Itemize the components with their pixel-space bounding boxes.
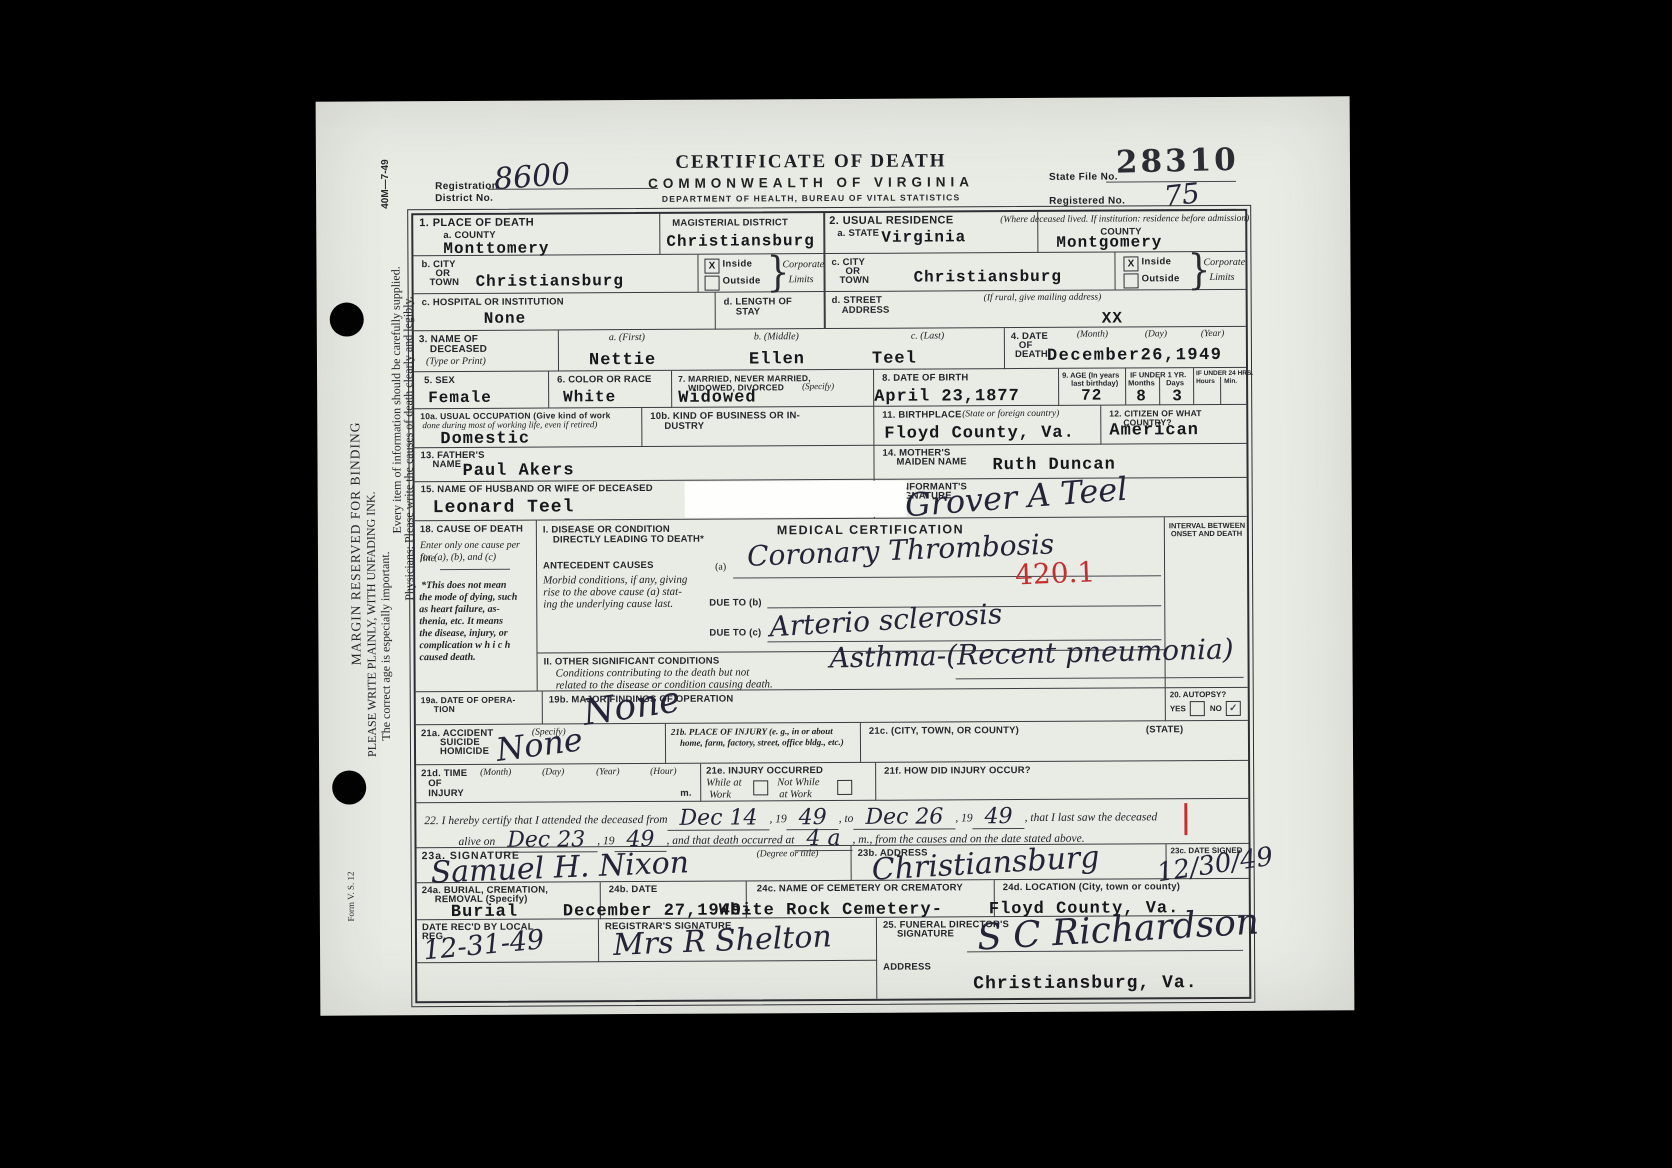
county-value: Monttomery: [443, 240, 549, 257]
cell-middle-name: b. (Middle) Ellen: [709, 329, 856, 371]
cell-name-label: 3. NAME OF DECEASED (Type or Print): [414, 330, 559, 372]
cell-medical-certification: I. DISEASE OR CONDITION DIRECTLY LEADING…: [537, 517, 1166, 690]
while-at-label2: Work: [709, 789, 731, 802]
father-label2: NAME: [432, 459, 461, 470]
cause-note-2: for (a), (b), and (c): [420, 551, 532, 565]
occupation-value: Domestic: [440, 431, 530, 448]
cell-race: 6. COLOR OR RACE White: [549, 371, 672, 409]
margin-form-number: Form V. S. 12: [346, 872, 356, 922]
residence-limits-label: Limits: [1210, 272, 1235, 285]
cell-physician-address: 23b. ADDRESS Christiansburg: [852, 844, 1167, 881]
interval-label2: ONSET AND DEATH: [1171, 529, 1242, 538]
certificate-subtitle: COMMONWEALTH OF VIRGINIA: [616, 174, 1006, 191]
dod-month-label: (Month): [1077, 330, 1108, 342]
place-of-death-title: 1. PLACE OF DEATH: [419, 217, 534, 230]
dod-year-label: (Year): [1201, 329, 1224, 341]
funeral-director-sig-line: [967, 950, 1243, 952]
days-label: Days: [1166, 378, 1184, 387]
funeral-director-label2: SIGNATURE: [897, 928, 954, 940]
death-city-label3: TOWN: [430, 277, 460, 288]
magisterial-district-label: MAGISTERIAL DISTRICT: [672, 217, 788, 229]
cemetery-value: White Rock Cemetery-: [719, 901, 943, 919]
cell-hospital: c. HOSPITAL OR INSTITUTION None: [414, 293, 716, 332]
citizen-value: American: [1109, 422, 1199, 439]
sex-value: Female: [428, 390, 492, 406]
under-24hrs-label: IF UNDER 24 HRS.: [1196, 370, 1253, 378]
outside-label: Outside: [723, 276, 761, 287]
cell-residence-city: c. CITY OR TOWN Christiansburg: [823, 253, 1115, 293]
birthplace-value: Floyd County, Va.: [884, 425, 1075, 443]
while-at-work-checkbox: [753, 780, 768, 795]
certify-text-2: , 19: [769, 813, 786, 825]
min-label: Min.: [1224, 378, 1237, 386]
cell-injury-city: 21c. (CITY, TOWN, OR COUNTY) (STATE): [861, 721, 1248, 763]
disease-label2: DIRECTLY LEADING TO DEATH*: [553, 534, 704, 546]
age-value: 72: [1081, 388, 1102, 404]
certificate-department: DEPARTMENT OF HEALTH, BUREAU OF VITAL ST…: [616, 192, 1006, 204]
residence-inside-label: Inside: [1141, 257, 1171, 268]
months-days-divider: [1159, 377, 1160, 405]
limits-label: Limits: [789, 274, 814, 287]
autopsy-no-label: NO: [1210, 704, 1222, 714]
date-of-death-label3: DEATH: [1015, 349, 1048, 360]
operation-date-label2: TION: [434, 704, 455, 714]
cell-father: 13. FATHER'S NAME Paul Akers: [414, 446, 874, 482]
cell-autopsy: 20. AUTOPSY? YES NO ✓: [1166, 687, 1248, 721]
cell-under-1yr: IF UNDER 1 YR. Months Days 8 3: [1126, 368, 1194, 405]
cell-time-of-injury: 21d. TIME OF INJURY (Month) (Day) (Year)…: [416, 764, 701, 803]
hours-label: Hours: [1196, 378, 1215, 386]
first-name-value: Nettie: [589, 352, 656, 369]
certify-text-7: , 19: [597, 835, 614, 847]
autopsy-no-checkbox-checked: ✓: [1226, 701, 1241, 716]
street-address-value: XX: [1102, 310, 1123, 326]
margin-correct-age-note: The correct age is especially important.: [378, 551, 394, 740]
injury-m-label: m.: [680, 788, 692, 799]
certify-text-1: 22. I hereby certify that I attended the…: [424, 814, 667, 827]
cause-a-line: [733, 575, 1161, 578]
outside-checkbox: [705, 276, 720, 291]
cell-street-address: d. STREET ADDRESS (If rural, give mailin…: [824, 290, 1246, 329]
hospital-label: c. HOSPITAL OR INSTITUTION: [422, 296, 564, 308]
not-while-at-work-checkbox: [837, 780, 852, 795]
last-name-label: c. (Last): [911, 330, 944, 343]
birthplace-label: 11. BIRTHPLACE: [882, 409, 961, 421]
form-grid: 1. PLACE OF DEATH a. COUNTY Monttomery M…: [411, 209, 1251, 1003]
injury-city-label: 21c. (CITY, TOWN, OR COUNTY): [869, 725, 1019, 737]
certify-text-3: , to: [839, 813, 854, 825]
cell-informant: 17. INFORMANT'S SIGNATURE Grover A Teel: [875, 478, 1247, 519]
first-name-label: a. (First): [609, 332, 645, 345]
certify-text-4: , 19: [955, 812, 972, 824]
certify-text-5: , that I last saw the deceased: [1025, 811, 1158, 824]
registration-label-line2: District No.: [435, 193, 493, 204]
cell-age: 9. AGE (In years last birthday) 72: [1059, 368, 1126, 405]
birthplace-note: (State or foreign country): [962, 409, 1059, 421]
cause-a-label: (a): [715, 562, 726, 575]
funeral-director-address-value: Christiansburg, Va.: [973, 974, 1197, 993]
residence-state-label: a. STATE: [837, 228, 879, 239]
registration-label-line1: Registration: [435, 181, 498, 192]
registration-district-number: 8600: [493, 160, 571, 196]
death-city-value: Christiansburg: [476, 273, 625, 290]
date-of-death-value: December26,1949: [1047, 347, 1223, 365]
burial-date-label: 24b. DATE: [609, 884, 658, 895]
inside-label: Inside: [722, 259, 752, 270]
cause-note-9: caused death.: [419, 651, 533, 665]
hours-min-divider: [1220, 377, 1221, 405]
time-of-injury-label3: INJURY: [428, 788, 464, 799]
cell-date-received: DATE REC'D BY LOCAL REG. 12-31-49: [417, 919, 599, 963]
months-label: Months: [1128, 378, 1155, 387]
cell-registrar-signature: REGISTRAR'S SIGNATURE Mrs R Shelton: [599, 918, 877, 962]
due-to-c-label: DUE TO (c): [709, 627, 761, 638]
cell-how-injury-occurred: 21f. HOW DID INJURY OCCUR?: [876, 761, 1248, 801]
autopsy-label: 20. AUTOPSY?: [1170, 690, 1227, 700]
not-while-label2: at Work: [779, 788, 812, 801]
margin-binding-note: MARGIN RESERVED FOR BINDING: [347, 421, 364, 665]
days-value: 3: [1172, 388, 1183, 404]
middle-name-label: b. (Middle): [754, 331, 799, 344]
cell-death-city: b. CITY OR TOWN Christiansburg: [413, 255, 698, 294]
punch-hole-bottom: [332, 770, 366, 804]
cell-place-of-injury: 21b. PLACE OF INJURY (e. g., in or about…: [666, 723, 861, 764]
mother-label2: MAIDEN NAME: [896, 456, 966, 468]
injury-occurred-label: 21e. INJURY OCCURRED: [706, 765, 823, 777]
dob-value: April 23,1877: [874, 388, 1020, 406]
cause-of-death-label: 18. CAUSE OF DEATH: [420, 524, 523, 536]
industry-label2: DUSTRY: [664, 421, 704, 432]
cell-industry: 10b. KIND OF BUSINESS OR IN- DUSTRY: [642, 407, 874, 447]
accident-label3: HOMICIDE: [440, 746, 489, 757]
length-of-stay-label2: STAY: [736, 306, 761, 317]
burial-location-value: Floyd County, Va.: [989, 900, 1180, 918]
cell-cemetery: 24c. NAME OF CEMETERY OR CREMATORY White…: [747, 880, 995, 918]
residence-state-value: Virginia: [881, 229, 966, 245]
marital-specify: (Specify): [802, 381, 834, 392]
injury-day-label: (Day): [542, 767, 564, 779]
inside-checkbox-checked: X: [704, 259, 719, 274]
accident-value: None: [494, 723, 584, 766]
registered-no-label: Registered No.: [1049, 195, 1125, 206]
cause-note-divider: [440, 569, 510, 570]
injury-hour-label: (Hour): [650, 767, 676, 779]
cell-citizen: 12. CITIZEN OF WHAT COUNTRY? American: [1101, 405, 1246, 445]
funeral-director-address-label: ADDRESS: [883, 962, 931, 973]
cell-date-signed: 23c. DATE SIGNED 12/30/49: [1167, 844, 1249, 879]
cell-marital-status: 7. MARRIED, NEVER MARRIED, WIDOWED, DIVO…: [672, 370, 874, 408]
cell-length-of-stay: d. LENGTH OF STAY: [716, 292, 824, 330]
red-check-mark: [1184, 803, 1187, 835]
cell-bottom-left-blank: [417, 961, 877, 1001]
magisterial-district-value: Christiansburg: [666, 233, 815, 250]
scan-background: Form V. S. 12 MARGIN RESERVED FOR BINDIN…: [0, 0, 1672, 1168]
degree-or-title-note: (Degree or title): [757, 849, 819, 861]
cell-accident-suicide: 21a. ACCIDENT SUICIDE HOMICIDE (Specify)…: [416, 724, 666, 765]
burial-type-value: Burial: [451, 904, 518, 921]
cell-physician-signature: 23a. SIGNATURE (Degree or title) Samuel …: [417, 846, 852, 883]
street-address-label2: ADDRESS: [842, 305, 890, 316]
injury-year-label: (Year): [596, 767, 619, 779]
street-address-note: (If rural, give mailing address): [984, 293, 1102, 305]
usual-residence-title: 2. USUAL RESIDENCE: [829, 214, 953, 227]
residence-city-label3: TOWN: [840, 275, 870, 286]
residence-inside-checkbox-checked: X: [1123, 256, 1138, 271]
cell-certify-statement: 22. I hereby certify that I attended the…: [416, 799, 1248, 848]
residence-county-value: Montgomery: [1056, 234, 1162, 251]
cell-county-of-death: 1. PLACE OF DEATH a. COUNTY Monttomery: [413, 214, 660, 256]
due-to-b-label: DUE TO (b): [709, 597, 762, 608]
margin-print-code: 40M—7-49: [380, 159, 391, 209]
cell-sex: 5. SEX Female: [414, 371, 549, 409]
icd-code-red: 420.1: [1015, 558, 1096, 589]
residence-city-value: Christiansburg: [914, 269, 1063, 286]
hospital-value: None: [484, 311, 526, 327]
marital-value: Widowed: [678, 389, 757, 406]
injury-month-label: (Month): [480, 768, 511, 780]
informant-signature: Grover A Teel: [904, 473, 1129, 522]
certify-text-6: alive on: [458, 836, 495, 848]
state-file-number: 28310: [1116, 142, 1240, 181]
spouse-label: 15. NAME OF HUSBAND OR WIFE OF DECEASED: [421, 483, 653, 495]
cell-residence-county: (Where deceased lived. If institution: r…: [1038, 211, 1245, 253]
autopsy-yes-checkbox: [1190, 701, 1205, 716]
father-value: Paul Akers: [463, 462, 575, 480]
cell-injury-occurred: 21e. INJURY OCCURRED While at Work Not W…: [701, 763, 876, 802]
name-type-or-print: (Type or Print): [426, 356, 486, 369]
burial-location-label: 24d. LOCATION (City, town or county): [1003, 881, 1180, 893]
punch-hole-top: [330, 302, 364, 336]
last-name-value: Teel: [872, 351, 917, 368]
race-value: White: [563, 389, 616, 405]
residence-outside-checkbox: [1124, 273, 1139, 288]
cell-last-name: c. (Last) Teel: [856, 328, 1004, 370]
morbid-line3: ing the underlying cause last.: [543, 598, 673, 612]
dob-label: 8. DATE OF BIRTH: [882, 372, 968, 384]
autopsy-yes-label: YES: [1170, 704, 1186, 714]
middle-name-value: Ellen: [749, 351, 805, 368]
name-of-deceased-label2: DECEASED: [430, 344, 487, 356]
sex-label: 5. SEX: [424, 375, 455, 386]
injury-state-label: (STATE): [1146, 724, 1184, 735]
cell-first-name: a. (First) Nettie: [559, 330, 709, 372]
corporate-label: Corporate: [782, 259, 824, 272]
residence-outside-label: Outside: [1142, 274, 1180, 285]
registrar-signature-value: Mrs R Shelton: [613, 922, 833, 961]
race-label: 6. COLOR OR RACE: [557, 374, 652, 386]
cell-under-24hrs: IF UNDER 24 HRS. Hours Min.: [1194, 368, 1246, 405]
spouse-value: Leonard Teel: [433, 498, 575, 517]
cell-birthplace: 11. BIRTHPLACE (State or foreign country…: [874, 406, 1101, 446]
redaction-box: [685, 481, 907, 518]
cell-funeral-director: 25. FUNERAL DIRECTOR'S SIGNATURE S C Ric…: [877, 916, 1249, 999]
dod-day-label: (Day): [1145, 329, 1167, 341]
registered-number: 75: [1163, 179, 1201, 211]
cell-residence-corporate-limits: X Inside Outside } Corporate Limits: [1115, 252, 1245, 291]
cell-cause-of-death-notes: 18. CAUSE OF DEATH Enter only one cause …: [415, 521, 538, 692]
place-of-injury-label2: home, farm, factory, street, office bldg…: [680, 737, 844, 749]
residence-corporate-label: Corporate: [1203, 257, 1245, 270]
usual-residence-note: (Where deceased lived. If institution: r…: [1000, 214, 1249, 227]
cell-date-of-death: 4. DATE OF DEATH (Month) (Day) (Year) De…: [1004, 327, 1246, 369]
antecedent-causes-label: ANTECEDENT CAUSES: [543, 560, 654, 572]
cell-death-corporate-limits: X Inside Outside } Corporate Limits: [698, 254, 823, 293]
how-injury-occurred-label: 21f. HOW DID INJURY OCCUR?: [884, 765, 1031, 777]
months-value: 8: [1136, 388, 1147, 404]
cell-date-of-birth: 8. DATE OF BIRTH April 23,1877: [874, 369, 1059, 407]
cell-occupation: 10a. USUAL OCCUPATION (Give kind of work…: [414, 408, 642, 448]
cell-operation-date: 19a. DATE OF OPERA- TION: [416, 691, 543, 726]
cell-magisterial-district: MAGISTERIAL DISTRICT Christiansburg: [660, 213, 823, 255]
certificate-paper: Form V. S. 12 MARGIN RESERVED FOR BINDIN…: [316, 96, 1355, 1015]
cell-operation-findings: 19b. MAJOR FINDINGS OF OPERATION None: [543, 687, 1166, 724]
certificate-title: CERTIFICATE OF DEATH: [616, 150, 1006, 174]
